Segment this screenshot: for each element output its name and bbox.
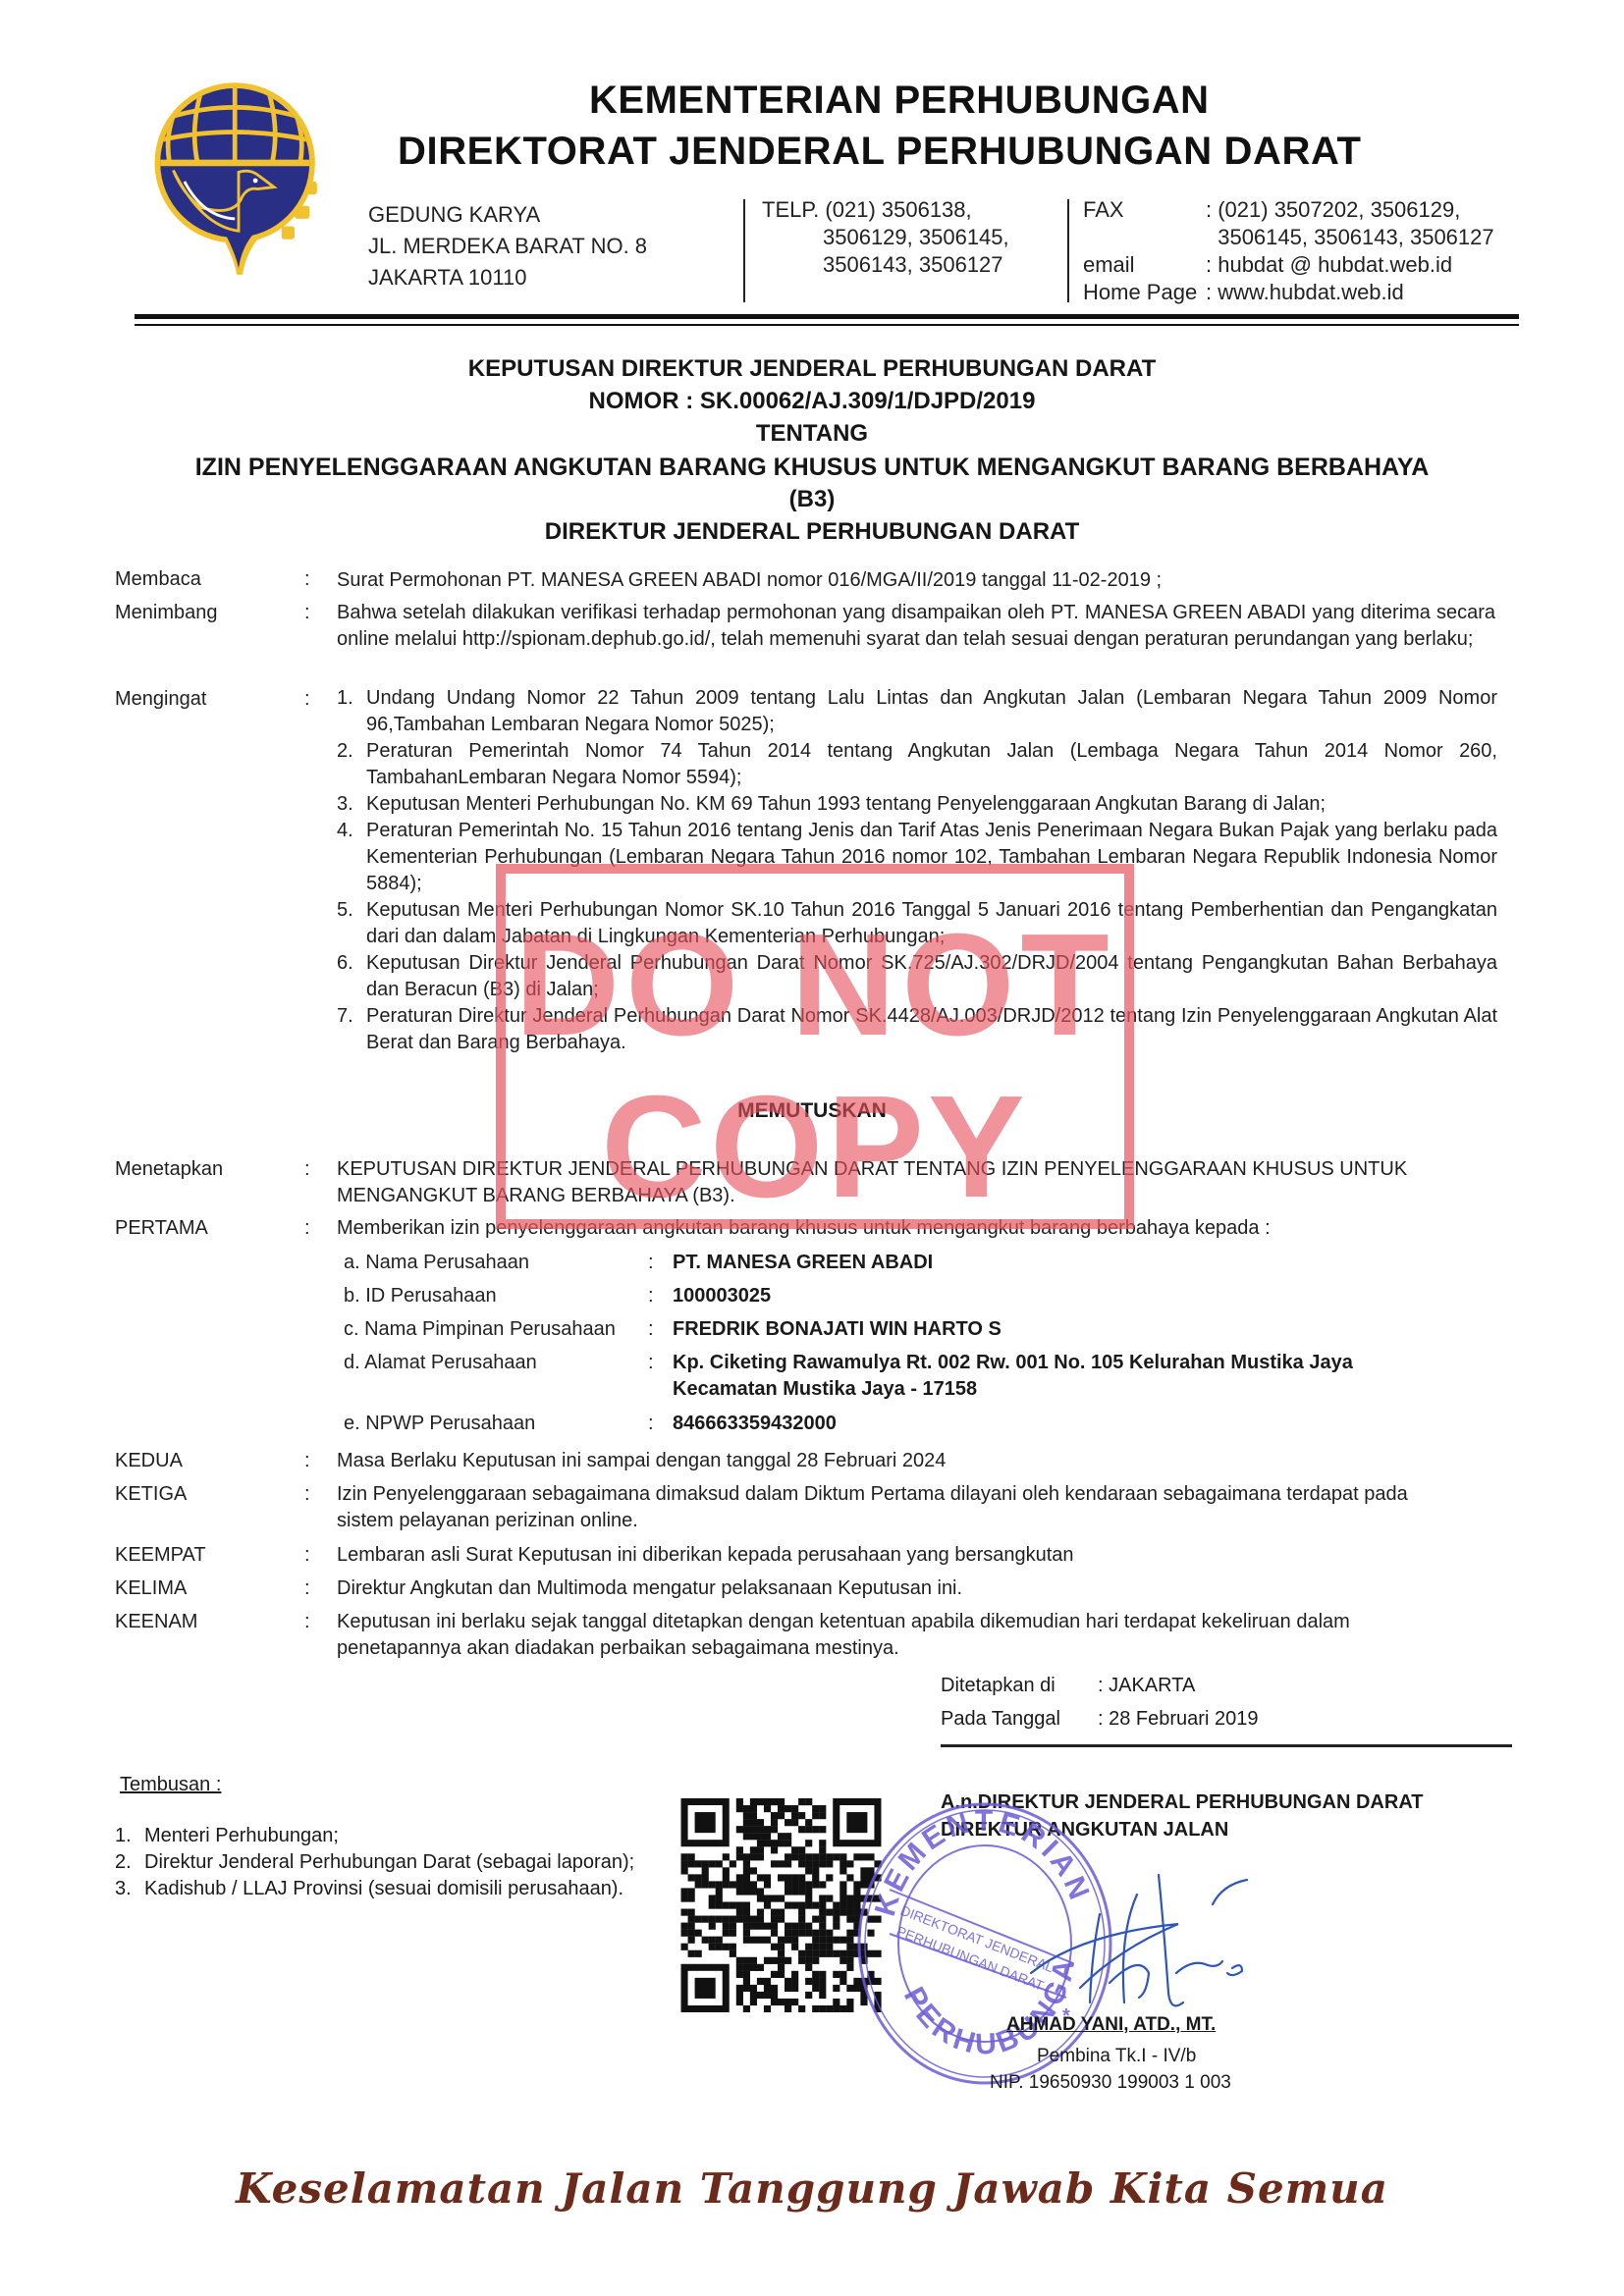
email-link[interactable]: : hubdat @ hubdat.web.id: [1206, 251, 1452, 279]
keempat-text: Lembaran asli Surat Keputusan ini diberi…: [337, 1542, 1495, 1569]
header-rule-thick: [135, 314, 1519, 319]
header-divider: [743, 199, 745, 302]
detail-row-npwp: e. NPWP Perusahaan:846663359432000: [344, 1411, 1419, 1437]
fax-row: FAX: (021) 3507202, 3506129,: [1083, 196, 1494, 224]
list-number: 1.: [115, 1823, 144, 1849]
enactment-info: Ditetapkan di: JAKARTA Pada Tanggal: 28 …: [941, 1669, 1258, 1735]
menetapkan-label: Menetapkan: [115, 1158, 223, 1181]
list-item: 7.Peraturan Direktur Jenderal Perhubunga…: [337, 1003, 1497, 1056]
address-line: JAKARTA 10110: [368, 262, 647, 294]
footer-motto: Keselamatan Jalan Tanggung Jawab Kita Se…: [0, 2164, 1624, 2213]
colon: :: [304, 602, 310, 624]
ministry-name: KEMENTERIAN PERHUBUNGAN: [589, 79, 1210, 123]
tembusan-heading: Tembusan :: [120, 1774, 221, 1796]
telephone-line: TELP. (021) 3506138,: [762, 196, 1009, 224]
menetapkan-text: KEPUTUSAN DIREKTUR JENDERAL PERHUBUNGAN …: [337, 1156, 1436, 1209]
ketiga-text: Izin Penyelenggaraan sebagaimana dimaksu…: [337, 1481, 1466, 1534]
colon: :: [304, 1217, 310, 1240]
address-line: JL. MERDEKA BARAT NO. 8: [368, 231, 647, 262]
signatory-name: AHMAD YANI, ATD., MT.: [1006, 2014, 1216, 2036]
contact-label: email: [1083, 251, 1206, 279]
list-item: 1.Menteri Perhubungan;: [115, 1823, 635, 1849]
list-item: 3.Keputusan Menteri Perhubungan No. KM 6…: [337, 791, 1497, 818]
contact-value: 3506145, 3506143, 3506127: [1206, 224, 1494, 251]
mengingat-list: 1.Undang Undang Nomor 22 Tahun 2009 tent…: [337, 685, 1497, 1056]
list-text: Keputusan Direktur Jenderal Perhubungan …: [366, 950, 1497, 1003]
decree-about: TENTANG: [0, 420, 1624, 448]
list-item: 2.Peraturan Pemerintah Nomor 74 Tahun 20…: [337, 738, 1497, 791]
detail-row-company-id: b. ID Perusahaan:100003025: [344, 1283, 1419, 1309]
list-text: Keputusan Menteri Perhubungan No. KM 69 …: [366, 791, 1497, 818]
enactment-date-value: : 28 Februari 2019: [1098, 1702, 1258, 1735]
list-number: 7.: [337, 1003, 366, 1056]
fax-row-cont: 3506145, 3506143, 3506127: [1083, 224, 1494, 251]
signature-rule: [941, 1744, 1512, 1747]
contact-label: [1083, 224, 1206, 251]
directorate-name: DIREKTORAT JENDERAL PERHUBUNGAN DARAT: [398, 130, 1362, 174]
kelima-label: KELIMA: [115, 1577, 187, 1600]
colon: :: [648, 1316, 673, 1343]
tembusan-list: 1.Menteri Perhubungan; 2.Direktur Jender…: [115, 1823, 635, 1902]
list-item: 2.Direktur Jenderal Perhubungan Darat (s…: [115, 1849, 635, 1876]
colon: :: [304, 1577, 310, 1600]
ministry-logo-icon: [145, 77, 332, 283]
contact-label: FAX: [1083, 196, 1206, 224]
enactment-place-row: Ditetapkan di: JAKARTA: [941, 1669, 1258, 1702]
telephone-line: 3506129, 3506145,: [762, 224, 1009, 251]
detail-row-address: d. Alamat Perusahaan:Kp. Ciketing Rawamu…: [344, 1350, 1399, 1403]
detail-label: d. Alamat Perusahaan: [344, 1350, 648, 1403]
colon: :: [648, 1250, 673, 1276]
list-text: Undang Undang Nomor 22 Tahun 2009 tentan…: [366, 685, 1497, 738]
menimbang-text: Bahwa setelah dilakukan verifikasi terha…: [337, 600, 1495, 653]
kedua-label: KEDUA: [115, 1450, 183, 1472]
keempat-label: KEEMPAT: [115, 1544, 206, 1567]
keenam-text: Keputusan ini berlaku sejak tanggal dite…: [337, 1609, 1466, 1662]
list-number: 6.: [337, 950, 366, 1003]
list-item: 1.Undang Undang Nomor 22 Tahun 2009 tent…: [337, 685, 1497, 738]
contact-value: : (021) 3507202, 3506129,: [1206, 196, 1460, 224]
decree-subject-b3: (B3): [0, 486, 1624, 513]
list-text: Menteri Perhubungan;: [144, 1823, 635, 1849]
telephone-line: 3506143, 3506127: [762, 251, 1009, 279]
kedua-text: Masa Berlaku Keputusan ini sampai dengan…: [337, 1448, 1495, 1474]
colon: :: [648, 1411, 673, 1437]
decree-number: NOMOR : SK.00062/AJ.309/1/DJPD/2019: [0, 388, 1624, 415]
decree-subject: IZIN PENYELENGGARAAN ANGKUTAN BARANG KHU…: [0, 454, 1624, 482]
detail-label: a. Nama Perusahaan: [344, 1250, 648, 1276]
enactment-date-label: Pada Tanggal: [941, 1702, 1098, 1735]
detail-label: e. NPWP Perusahaan: [344, 1411, 648, 1437]
address-line: GEDUNG KARYA: [368, 199, 647, 231]
contact-block: FAX: (021) 3507202, 3506129, 3506145, 35…: [1083, 196, 1494, 306]
colon: :: [304, 1483, 310, 1506]
list-text: Kadishub / LLAJ Provinsi (sesuai domisil…: [144, 1876, 635, 1902]
telephone-block: TELP. (021) 3506138, 3506129, 3506145, 3…: [762, 196, 1009, 279]
detail-label: c. Nama Pimpinan Perusahaan: [344, 1316, 648, 1343]
keenam-label: KEENAM: [115, 1611, 197, 1633]
list-item: 5.Keputusan Menteri Perhubungan Nomor SK…: [337, 897, 1497, 950]
list-number: 2.: [115, 1849, 144, 1876]
signatory-rank: Pembina Tk.I - IV/b: [1037, 2046, 1196, 2067]
signatory-nip: NIP. 19650930 199003 1 003: [990, 2072, 1231, 2094]
detail-row-company-name: a. Nama Perusahaan:PT. MANESA GREEN ABAD…: [344, 1250, 1419, 1276]
office-address: GEDUNG KARYA JL. MERDEKA BARAT NO. 8 JAK…: [368, 199, 647, 294]
decision-heading: MEMUTUSKAN: [0, 1099, 1624, 1123]
pertama-text: Memberikan izin penyelenggaraan angkutan…: [337, 1215, 1495, 1242]
list-number: 3.: [115, 1876, 144, 1902]
list-number: 1.: [337, 685, 366, 738]
header-rule-thin: [135, 324, 1519, 326]
ketiga-label: KETIGA: [115, 1483, 187, 1506]
membaca-label: Membaca: [115, 568, 201, 591]
enactment-date-row: Pada Tanggal: 28 Februari 2019: [941, 1702, 1258, 1735]
decree-issuer: DIREKTUR JENDERAL PERHUBUNGAN DARAT: [0, 518, 1624, 546]
email-row: email: hubdat @ hubdat.web.id: [1083, 251, 1494, 279]
colon: :: [304, 1450, 310, 1472]
list-item: 4.Peraturan Pemerintah No. 15 Tahun 2016…: [337, 818, 1497, 897]
list-text: Peraturan Pemerintah No. 15 Tahun 2016 t…: [366, 818, 1497, 897]
colon: :: [648, 1350, 673, 1403]
kelima-text: Direktur Angkutan dan Multimoda mengatur…: [337, 1575, 1495, 1602]
enactment-place-label: Ditetapkan di: [941, 1669, 1098, 1702]
detail-label: b. ID Perusahaan: [344, 1283, 648, 1309]
list-number: 2.: [337, 738, 366, 791]
membaca-text: Surat Permohonan PT. MANESA GREEN ABADI …: [337, 567, 1495, 594]
detail-value: Kp. Ciketing Rawamulya Rt. 002 Rw. 001 N…: [673, 1350, 1399, 1403]
menimbang-label: Menimbang: [115, 602, 218, 624]
detail-value: 846663359432000: [673, 1411, 1419, 1437]
mengingat-label: Mengingat: [115, 688, 206, 711]
detail-row-leader-name: c. Nama Pimpinan Perusahaan:FREDRIK BONA…: [344, 1316, 1419, 1343]
homepage-link[interactable]: : www.hubdat.web.id: [1206, 279, 1404, 306]
pertama-label: PERTAMA: [115, 1217, 208, 1240]
colon: :: [648, 1283, 673, 1309]
contact-label: Home Page: [1083, 279, 1206, 306]
detail-value: 100003025: [673, 1283, 1419, 1309]
header-divider: [1067, 199, 1069, 302]
detail-value: FREDRIK BONAJATI WIN HARTO S: [673, 1316, 1419, 1343]
enactment-place-value: : JAKARTA: [1098, 1669, 1195, 1702]
list-number: 5.: [337, 897, 366, 950]
handwritten-signature: [1021, 1855, 1257, 2032]
colon: :: [304, 1158, 310, 1181]
decree-title: KEPUTUSAN DIREKTUR JENDERAL PERHUBUNGAN …: [0, 355, 1624, 383]
list-text: Direktur Jenderal Perhubungan Darat (seb…: [144, 1849, 635, 1876]
colon: :: [304, 568, 310, 591]
list-number: 4.: [337, 818, 366, 897]
colon: :: [304, 1544, 310, 1567]
colon: :: [304, 688, 310, 711]
colon: :: [304, 1611, 310, 1633]
detail-value: PT. MANESA GREEN ABADI: [673, 1250, 1419, 1276]
list-number: 3.: [337, 791, 366, 818]
list-text: Peraturan Direktur Jenderal Perhubungan …: [366, 1003, 1497, 1056]
list-item: 3.Kadishub / LLAJ Provinsi (sesuai domis…: [115, 1876, 635, 1902]
list-text: Peraturan Pemerintah Nomor 74 Tahun 2014…: [366, 738, 1497, 791]
list-text: Keputusan Menteri Perhubungan Nomor SK.1…: [366, 897, 1497, 950]
homepage-row: Home Page: www.hubdat.web.id: [1083, 279, 1494, 306]
list-item: 6.Keputusan Direktur Jenderal Perhubunga…: [337, 950, 1497, 1003]
